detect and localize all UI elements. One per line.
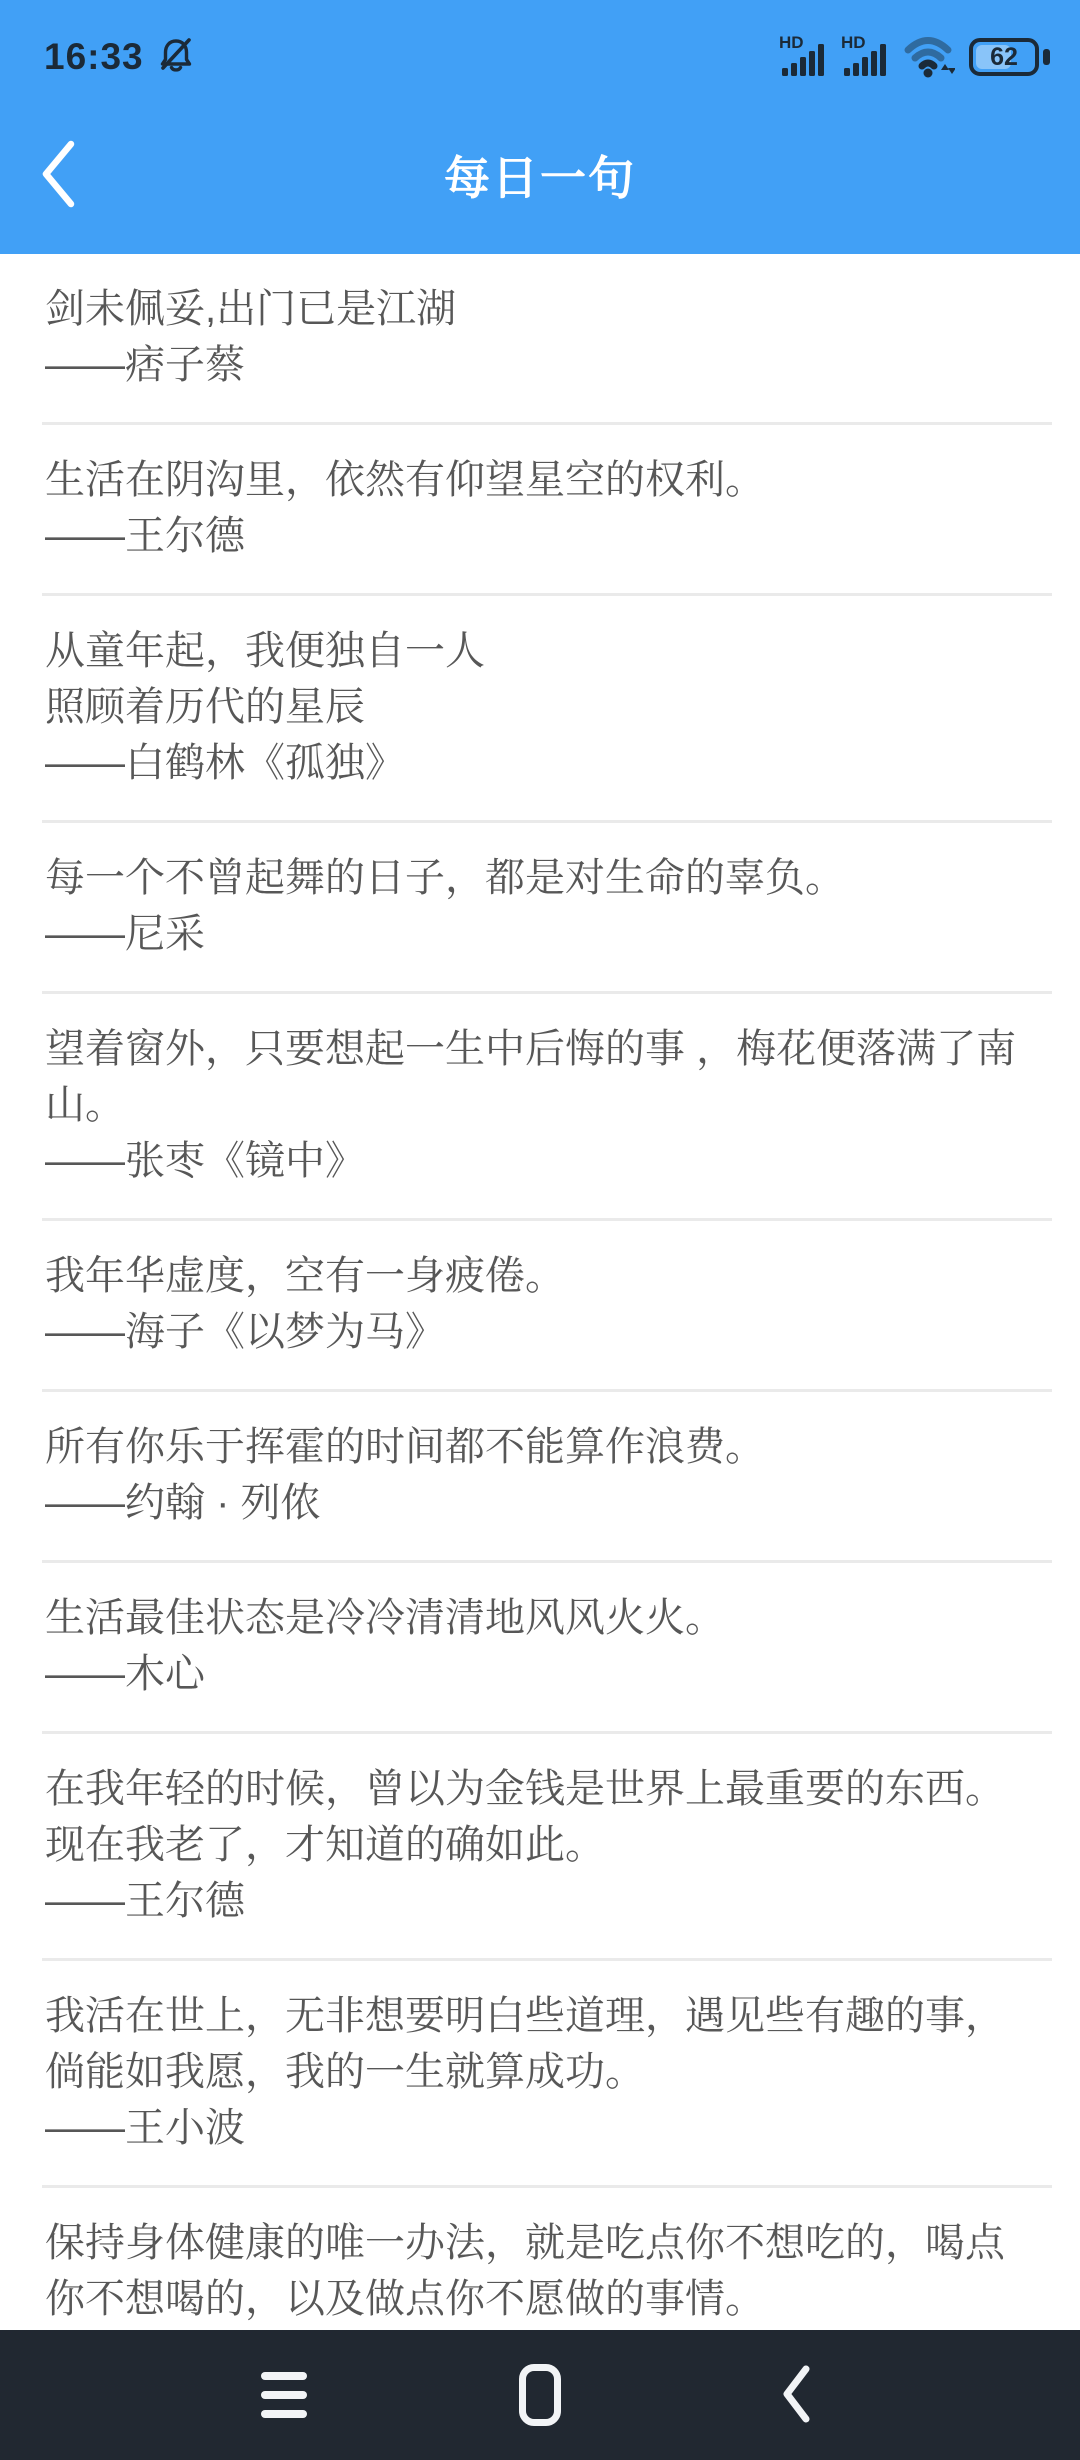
svg-text:HD: HD xyxy=(841,33,866,52)
quote-author: ——王尔德 xyxy=(45,508,1040,564)
quote-author: ——白鹤林《孤独》 xyxy=(45,735,1040,791)
sim1-signal-icon: HD xyxy=(779,33,827,82)
battery-nub xyxy=(1043,49,1050,65)
quote-text: 生活在阴沟里，依然有仰望星空的权利。 xyxy=(45,452,1040,508)
system-nav-bar xyxy=(0,2330,1080,2460)
quote-item[interactable]: 望着窗外，只要想起一生中后悔的事 ，梅花便落满了南山。——张枣《镜中》 xyxy=(0,994,1080,1218)
quote-item[interactable]: 从童年起，我便独自一人 照顾着历代的星辰——白鹤林《孤独》 xyxy=(0,596,1080,820)
quote-author: ——海子《以梦为马》 xyxy=(45,1304,1040,1360)
top-region: 16:33 HD xyxy=(0,0,1080,254)
quote-text: 保持身体健康的唯一办法，就是吃点你不想吃的，喝点你不想喝的，以及做点你不愿做的事… xyxy=(45,2215,1040,2327)
nav-home-button[interactable] xyxy=(510,2350,570,2440)
clock: 16:33 xyxy=(44,36,144,78)
wifi-icon xyxy=(903,32,955,83)
quote-item[interactable]: 每一个不曾起舞的日子，都是对生命的辜负。——尼采 xyxy=(0,823,1080,991)
quote-text: 望着窗外，只要想起一生中后悔的事 ，梅花便落满了南山。 xyxy=(45,1021,1040,1133)
battery-icon: 62 xyxy=(969,38,1050,76)
quote-text: 我年华虚度，空有一身疲倦。 xyxy=(45,1248,1040,1304)
quote-item[interactable]: 生活最佳状态是冷冷清清地风风火火。——木心 xyxy=(0,1563,1080,1731)
menu-icon xyxy=(261,2372,307,2418)
quote-text: 从童年起，我便独自一人 照顾着历代的星辰 xyxy=(45,623,1040,735)
quote-list: 剑未佩妥,出门已是江湖——痞子蔡生活在阴沟里，依然有仰望星空的权利。——王尔德从… xyxy=(0,254,1080,2330)
nav-menu-button[interactable] xyxy=(254,2350,314,2440)
svg-text:HD: HD xyxy=(779,33,804,52)
chevron-left-icon xyxy=(35,137,81,214)
quote-author: ——木心 xyxy=(45,1646,1040,1702)
quote-text: 每一个不曾起舞的日子，都是对生命的辜负。 xyxy=(45,850,1040,906)
quote-item[interactable]: 我年华虚度，空有一身疲倦。——海子《以梦为马》 xyxy=(0,1221,1080,1389)
status-bar: 16:33 HD xyxy=(0,0,1080,96)
quote-author: ——痞子蔡 xyxy=(45,337,1040,393)
quote-author: ——约翰 · 列侬 xyxy=(45,1475,1040,1531)
quote-item[interactable]: 生活在阴沟里，依然有仰望星空的权利。——王尔德 xyxy=(0,425,1080,593)
status-right: HD HD xyxy=(779,32,1050,83)
quote-text: 在我年轻的时候，曾以为金钱是世界上最重要的东西。现在我老了，才知道的确如此。 xyxy=(45,1761,1040,1873)
quote-author: ——尼采 xyxy=(45,906,1040,962)
nav-back-icon xyxy=(778,2363,814,2428)
app-bar: 每日一句 xyxy=(0,96,1080,254)
quote-text: 剑未佩妥,出门已是江湖 xyxy=(45,281,1040,337)
quote-text: 所有你乐于挥霍的时间都不能算作浪费。 xyxy=(45,1419,1040,1475)
quote-item[interactable]: 所有你乐于挥霍的时间都不能算作浪费。——约翰 · 列侬 xyxy=(0,1392,1080,1560)
quote-text: 我活在世上，无非想要明白些道理，遇见些有趣的事，倘能如我愿，我的一生就算成功。 xyxy=(45,1988,1040,2100)
quote-item[interactable]: 剑未佩妥,出门已是江湖——痞子蔡 xyxy=(0,254,1080,422)
quote-author: ——王小波 xyxy=(45,2100,1040,2156)
quote-author: ——张枣《镜中》 xyxy=(45,1133,1040,1189)
quote-text: 生活最佳状态是冷冷清清地风风火火。 xyxy=(45,1590,1040,1646)
home-icon xyxy=(519,2364,561,2426)
page-title: 每日一句 xyxy=(444,142,636,208)
quote-item[interactable]: 保持身体健康的唯一办法，就是吃点你不想吃的，喝点你不想喝的，以及做点你不愿做的事… xyxy=(0,2188,1080,2330)
quote-author: ——王尔德 xyxy=(45,1873,1040,1929)
sim2-signal-icon: HD xyxy=(841,33,889,82)
battery-percent: 62 xyxy=(990,43,1018,72)
quote-item[interactable]: 在我年轻的时候，曾以为金钱是世界上最重要的东西。现在我老了，才知道的确如此。——… xyxy=(0,1734,1080,1958)
quote-item[interactable]: 我活在世上，无非想要明白些道理，遇见些有趣的事，倘能如我愿，我的一生就算成功。—… xyxy=(0,1961,1080,2185)
status-left: 16:33 xyxy=(44,35,196,80)
bell-muted-icon xyxy=(156,35,196,80)
back-button[interactable] xyxy=(28,135,88,215)
nav-back-button[interactable] xyxy=(766,2350,826,2440)
